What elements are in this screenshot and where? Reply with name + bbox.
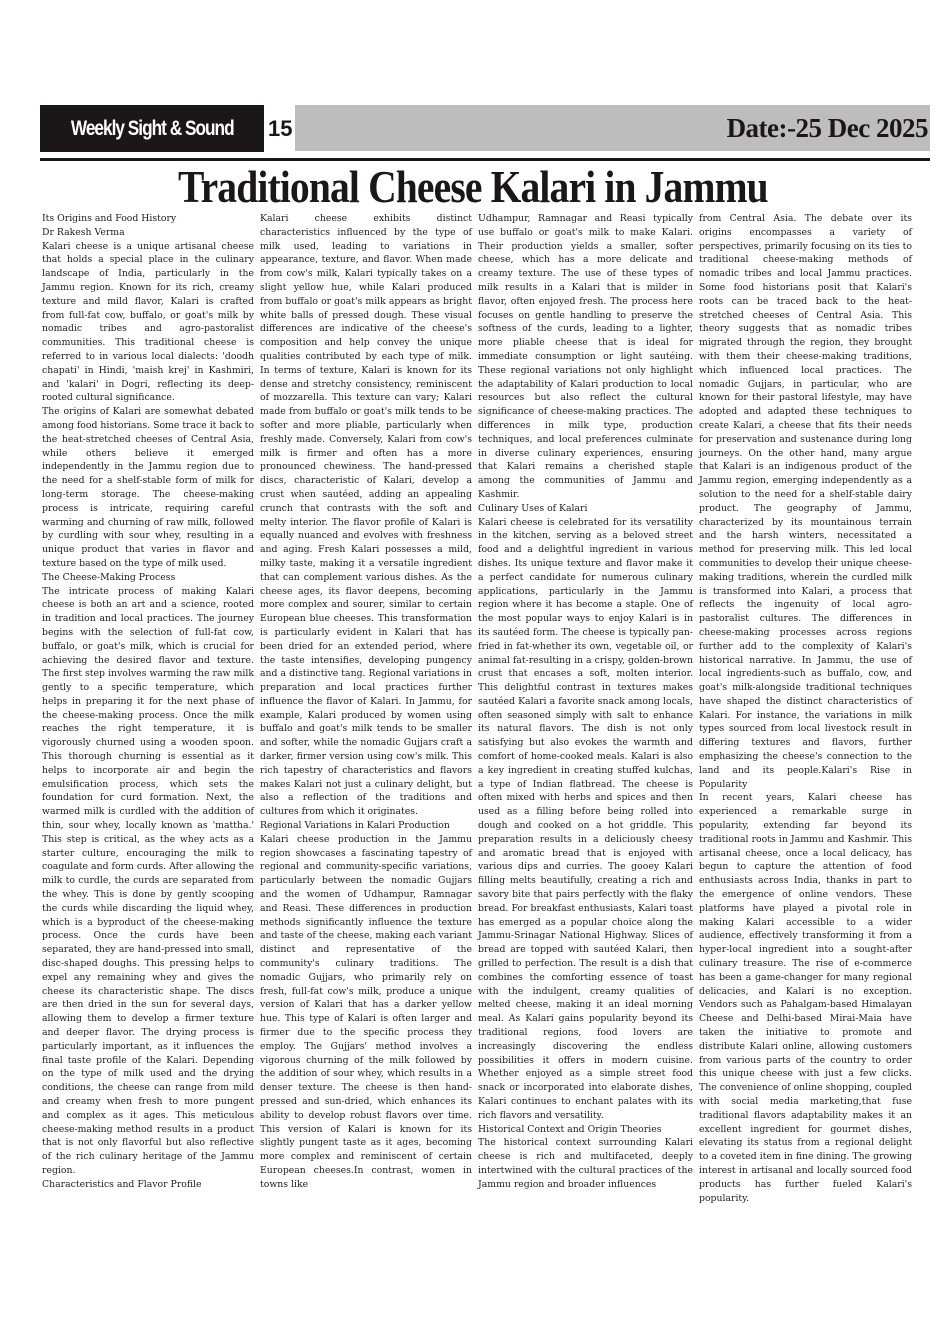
page-number: 15 bbox=[268, 105, 296, 152]
paragraph: from Central Asia. The debate over its o… bbox=[699, 212, 912, 791]
masthead: Weekly Sight & Sound 15 Date:-25 Dec 202… bbox=[40, 105, 930, 153]
paragraph: Kalari cheese is a unique artisanal chee… bbox=[42, 240, 254, 406]
paragraph: The historical context surrounding Kalar… bbox=[478, 1136, 693, 1191]
section-subhead: Its Origins and Food History bbox=[42, 212, 254, 226]
article-column-4: from Central Asia. The debate over its o… bbox=[699, 212, 912, 1205]
paragraph: Kalari cheese is celebrated for its vers… bbox=[478, 516, 693, 1123]
publication-name-box: Weekly Sight & Sound bbox=[40, 105, 264, 152]
section-subhead: Historical Context and Origin Theories bbox=[478, 1123, 693, 1137]
article-body: Its Origins and Food HistoryDr Rakesh Ve… bbox=[42, 212, 912, 1247]
section-subhead: Characteristics and Flavor Profile bbox=[42, 1178, 254, 1192]
section-subhead: Culinary Uses of Kalari bbox=[478, 502, 693, 516]
article-title: Traditional Cheese Kalari in Jammu bbox=[0, 160, 945, 213]
paragraph: Udhampur, Ramnagar and Reasi typically u… bbox=[478, 212, 693, 502]
paragraph: The origins of Kalari are somewhat debat… bbox=[42, 405, 254, 571]
issue-date: Date:-25 Dec 2025 bbox=[727, 113, 928, 144]
date-bar: Date:-25 Dec 2025 bbox=[295, 105, 930, 151]
paragraph: Kalari cheese exhibits distinct characte… bbox=[260, 212, 472, 819]
section-subhead: The Cheese-Making Process bbox=[42, 571, 254, 585]
publication-name: Weekly Sight & Sound bbox=[71, 117, 234, 141]
article-column-3: Udhampur, Ramnagar and Reasi typically u… bbox=[478, 212, 693, 1192]
section-subhead: Regional Variations in Kalari Production bbox=[260, 819, 472, 833]
article-column-2: Kalari cheese exhibits distinct characte… bbox=[260, 212, 472, 1192]
paragraph: In recent years, Kalari cheese has exper… bbox=[699, 791, 912, 1205]
paragraph: The intricate process of making Kalari c… bbox=[42, 585, 254, 1178]
paragraph: Kalari cheese production in the Jammu re… bbox=[260, 833, 472, 1192]
byline: Dr Rakesh Verma bbox=[42, 226, 254, 240]
article-column-1: Its Origins and Food HistoryDr Rakesh Ve… bbox=[42, 212, 254, 1192]
